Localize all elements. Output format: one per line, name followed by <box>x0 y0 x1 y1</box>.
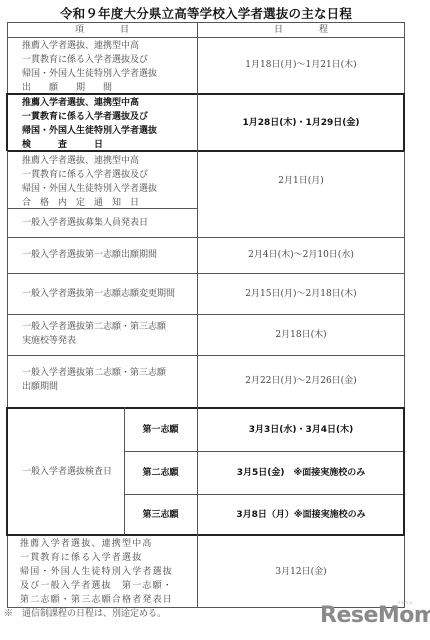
footnote: ※ 通信制課程の日程は、別途定める。 <box>4 606 166 619</box>
divider <box>124 407 125 535</box>
item-line: 出願期間 <box>22 380 197 394</box>
divider <box>7 93 405 95</box>
item-line: 帰国・外国人生徒特別入学者選抜 <box>20 565 197 579</box>
exam-date-first: 3月3日(水)・3月4日(木) <box>197 408 405 451</box>
divider <box>7 208 197 209</box>
item-line: 帰国・外国人生徒特別入学者選抜 <box>22 124 197 138</box>
row-item-first-apply: 一般入学者選抜第一志願出願期間 <box>7 237 197 273</box>
item-line: 帰国・外国人生徒特別入学者選抜 <box>22 182 197 196</box>
divider <box>7 355 405 356</box>
header-date: 日 程 <box>197 22 405 37</box>
divider <box>403 93 405 151</box>
item-line: 推薦入学者選抜、連携型中高 <box>22 96 197 110</box>
row-date: 2月22日(月)～2月26日(金) <box>197 355 405 407</box>
resemom-logo-sub: リセマム <box>397 600 413 606</box>
row-date: 3月12日(金) <box>197 536 405 607</box>
resemom-logo: ReseMom <box>320 603 430 628</box>
divider <box>7 37 405 38</box>
item-line: 一般入学者選抜第二志願・第三志願 <box>22 366 197 380</box>
exam-block-item: 一般入学者選抜検査日 <box>7 408 124 535</box>
exam-sub-first: 第一志願 <box>124 408 197 451</box>
divider <box>7 150 405 152</box>
item-line: 実施校等発表 <box>22 334 197 348</box>
item-line: 帰国・外国人生徒特別入学者選抜 <box>22 67 197 81</box>
divider <box>403 407 405 536</box>
row-date: 1月18日(月)～1月21日(木) <box>197 37 405 93</box>
divider <box>6 93 8 151</box>
item-line: 一貫教育に係る入学者選抜及び <box>22 53 197 67</box>
row-item-change: 一般入学者選抜第一志願志願変更期間 <box>7 273 197 314</box>
row-date: 2月4日(木)～2月10日(水) <box>197 237 405 273</box>
divider <box>7 314 405 315</box>
divider <box>197 22 198 608</box>
row-date: 1月28日(木)・1月29日(金) <box>197 94 405 151</box>
item-line: 推薦入学者選抜、連携型中高 <box>22 39 197 53</box>
row-item-notice: 推薦入学者選抜、連携型中高 一貫教育に係る入学者選抜及び 帰国・外国人生徒特別入… <box>7 152 197 208</box>
exam-sub-third: 第三志願 <box>124 494 197 535</box>
item-line: 推薦入学者選抜、連携型中高 <box>20 537 197 551</box>
header-item: 項 目 <box>7 22 197 37</box>
row-item-apply-recommend: 推薦入学者選抜、連携型中高 一貫教育に係る入学者選抜及び 帰国・外国人生徒特別入… <box>7 37 197 93</box>
item-line: 一貫教育に係る入学者選抜及び <box>22 110 197 124</box>
divider <box>124 494 405 495</box>
divider <box>6 407 8 536</box>
row-date: 2月18日(木) <box>197 314 405 355</box>
row-date: 2月15日(月)～2月18日(木) <box>197 273 405 314</box>
divider <box>7 237 405 238</box>
row-item-second-announce: 一般入学者選抜第二志願・第三志願 実施校等発表 <box>7 314 197 355</box>
row-item-quota: 一般入学者選抜募集人員発表日 <box>7 208 197 237</box>
divider <box>7 407 405 409</box>
item-line: 推薦入学者選抜、連携型中高 <box>22 154 197 168</box>
row-date: 2月1日(月) <box>197 151 405 211</box>
row-item-results: 推薦入学者選抜、連携型中高 一貫教育に係る入学者選抜 帰国・外国人生徒特別入学者… <box>7 536 197 607</box>
divider <box>7 273 405 274</box>
item-line: 第二志願・第三志願合格者発表日 <box>20 593 197 607</box>
divider <box>7 22 405 23</box>
item-line: 一般入学者選抜第二志願・第三志願 <box>22 320 197 334</box>
row-item-exam-recommend: 推薦入学者選抜、連携型中高 一貫教育に係る入学者選抜及び 帰国・外国人生徒特別入… <box>7 94 197 151</box>
exam-sub-second: 第二志願 <box>124 451 197 494</box>
item-line: 一貫教育に係る入学者選抜 <box>20 551 197 565</box>
exam-date-second: 3月5日(金) ※面接実施校のみ <box>197 451 405 494</box>
exam-date-third: 3月8日（月）※面接実施校のみ <box>197 494 405 535</box>
item-line: 一貫教育に係る入学者選抜及び <box>22 168 197 182</box>
divider <box>124 451 405 452</box>
divider <box>7 534 405 536</box>
page-title: 令和９年度大分県立高等学校入学者選抜の主な日程 <box>0 4 412 22</box>
row-item-second-apply: 一般入学者選抜第二志願・第三志願 出願期間 <box>7 355 197 407</box>
item-line: 及び一般入学者選抜 第一志願・ <box>20 579 197 593</box>
